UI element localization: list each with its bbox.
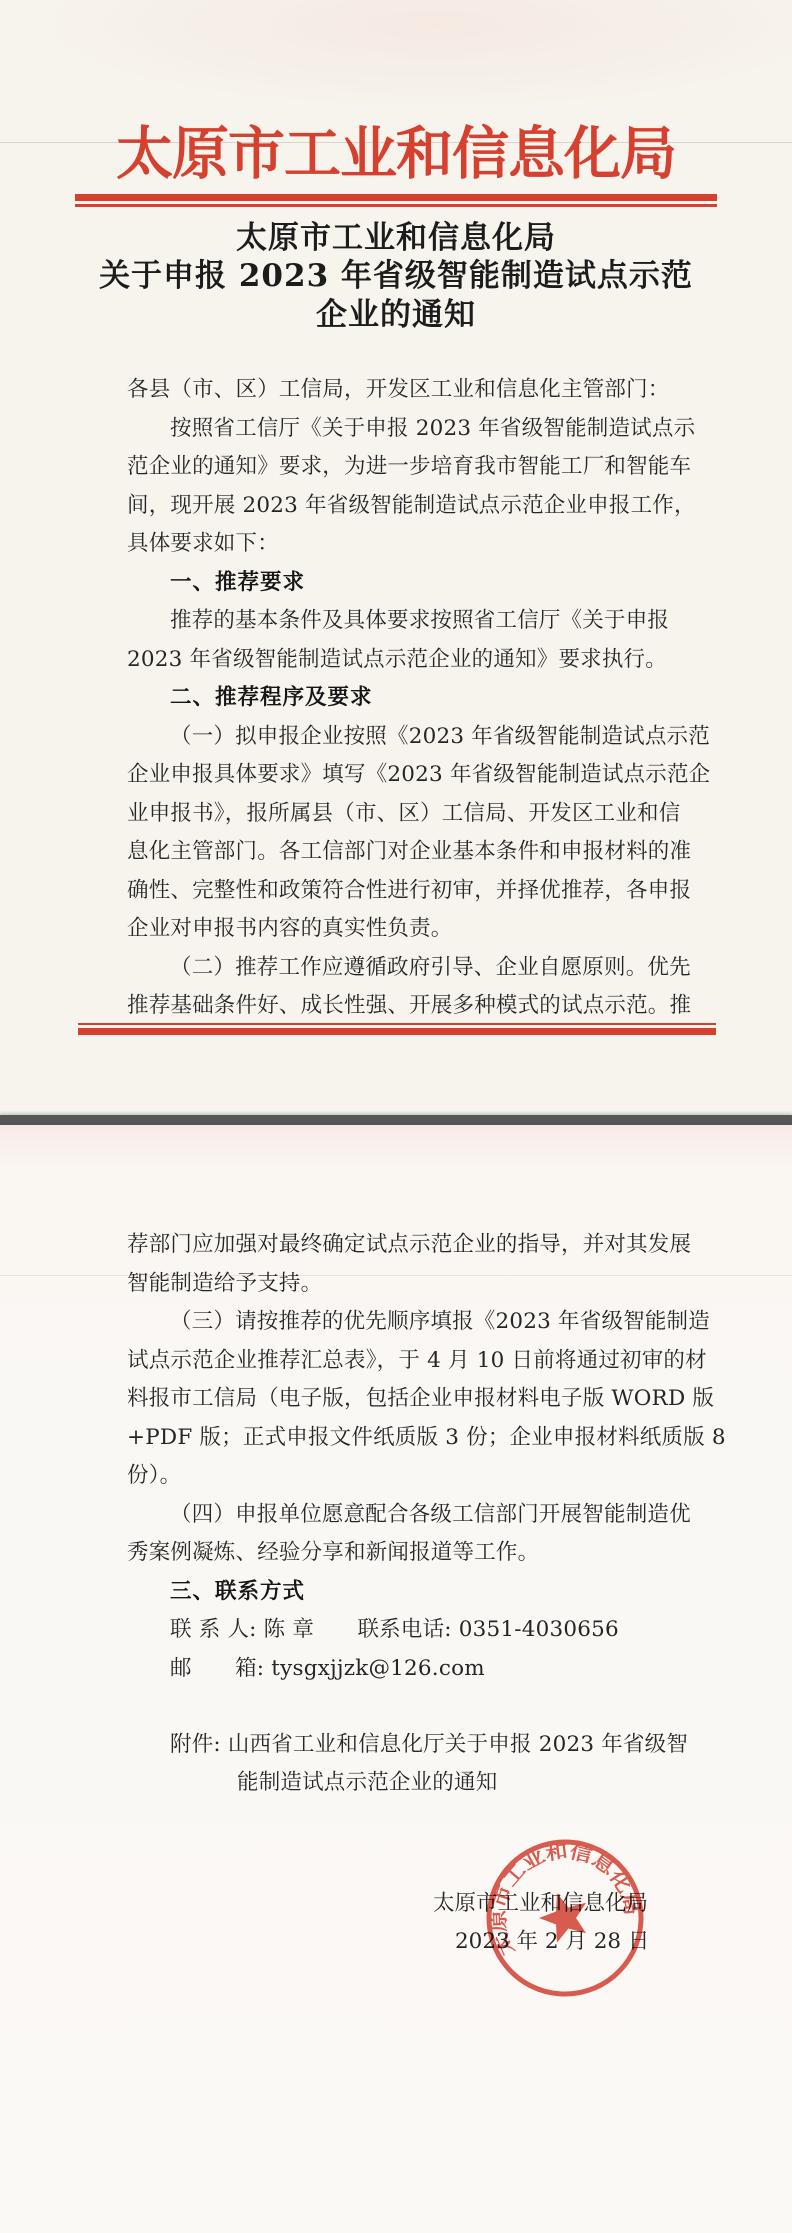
official-seal: 太原市工业和信息化局 [480,1833,650,2003]
body-line: 推荐的基本条件及具体要求按照省工信厅《关于申报 [127,605,689,636]
body-line: 秀案例凝炼、经验分享和新闻报道等工作。 [127,1537,689,1568]
body-line: 2023 年省级智能制造试点示范企业的通知》要求执行。 [127,644,689,675]
body-line: （三）请按推荐的优先顺序填报《2023 年省级智能制造 [127,1306,689,1337]
body-line: 份）。 [127,1460,689,1491]
star-icon [533,1886,595,1946]
body-line: 各县（市、区）工信局，开发区工业和信息化主管部门： [127,374,689,405]
body-line: 按照省工信厅《关于申报 2023 年省级智能制造试点示 [127,413,689,444]
letterhead-rule-thin [75,204,717,207]
section-heading: 一、推荐要求 [127,567,689,598]
body-line: （一）拟申报企业按照《2023 年省级智能制造试点示范 [127,721,689,752]
section-heading: 二、推荐程序及要求 [127,682,689,713]
body-line: 企业申报具体要求》填写《2023 年省级智能制造试点示范企 [127,759,689,790]
contact-person-line: 联 系 人: 陈 章 联系电话: 0351-4030656 [127,1614,689,1645]
body-line: 确性、完整性和政策符合性进行初审，并择优推荐，各申报 [127,875,689,906]
body-line: 料报市工信局（电子版，包括企业申报材料电子版 WORD 版 [127,1383,689,1414]
body-line: 推荐基础条件好、成长性强、开展多种模式的试点示范。推 [127,990,689,1021]
page1-footer-rule-thin [78,1023,716,1025]
page1-footer-rule-thick [78,1028,716,1035]
body-line: 具体要求如下： [127,528,689,559]
body-line: +PDF 版；正式申报文件纸质版 3 份；企业申报材料纸质版 8 [127,1422,689,1453]
body-line: 试点示范企业推荐汇总表》，于 4 月 10 日前将通过初审的材 [127,1345,689,1376]
body-line: 息化主管部门。各工信部门对企业基本条件和申报材料的准 [127,836,689,867]
body-line: （二）推荐工作应遵循政府引导、企业自愿原则。优先 [127,952,689,983]
body-line: 业申报书》，报所属县（市、区）工信局、开发区工业和信 [127,798,689,829]
body-line: 间，现开展 2023 年省级智能制造试点示范企业申报工作， [127,490,689,521]
attachment-line: 能制造试点示范企业的通知 [127,1767,689,1798]
contact-email-line: 邮 箱: tysgxjjzk@126.com [127,1653,689,1684]
body-line: 荐部门应加强对最终确定试点示范企业的指导，并对其发展 [127,1229,689,1260]
letterhead-org: 太原市工业和信息化局 [0,108,792,190]
body-line: 智能制造给予支持。 [127,1268,689,1299]
body-line: （四）申报单位愿意配合各级工信部门开展智能制造优 [127,1499,689,1530]
body-line: 范企业的通知》要求，为进一步培育我市智能工厂和智能车 [127,451,689,482]
body-line: 企业对申报书内容的真实性负责。 [127,913,689,944]
page-separator-band [0,1115,792,1125]
seal-text: 太原市工业和信息化局 [480,1833,645,1960]
doc-title-line-3: 企业的通知 [0,289,792,334]
section-heading: 三、联系方式 [127,1576,689,1607]
attachment-line: 附件: 山西省工业和信息化厅关于申报 2023 年省级智 [127,1729,689,1760]
scanned-notice-document: 太原市工业和信息化局 太原市工业和信息化局 关于申报 2023 年省级智能制造试… [0,0,792,2233]
letterhead-rule-thick [75,194,717,201]
